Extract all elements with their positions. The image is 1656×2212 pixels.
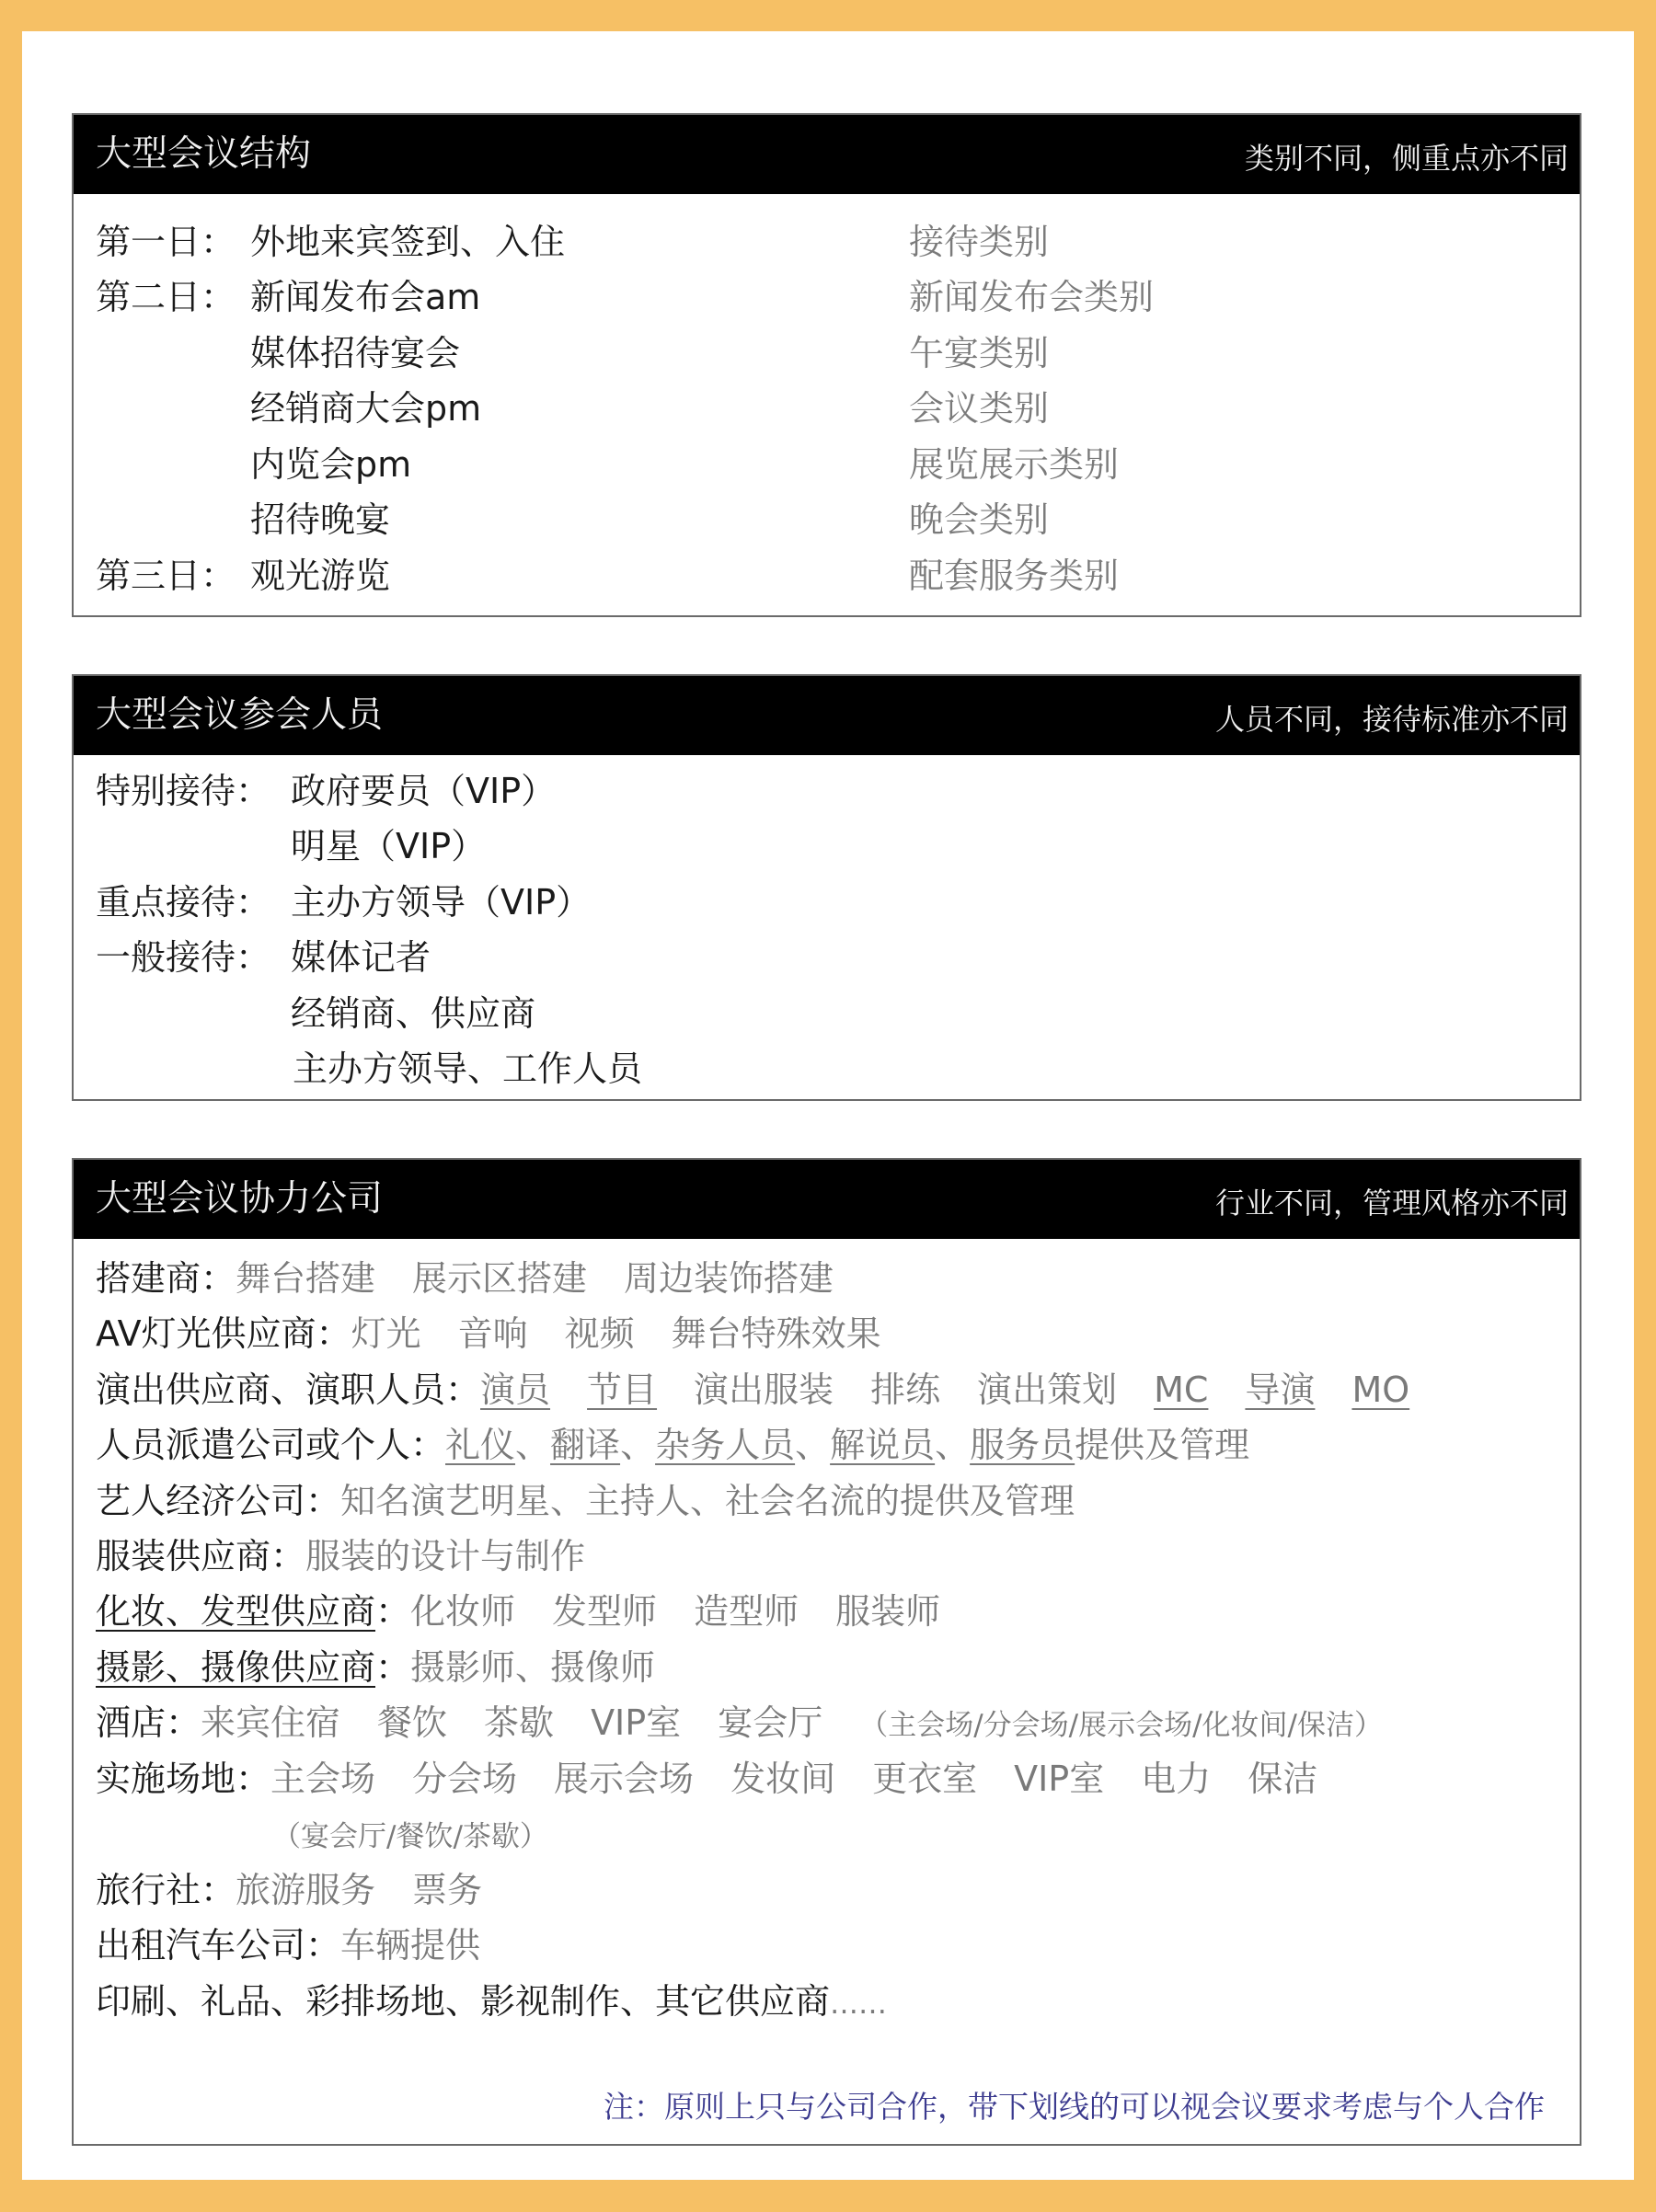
schedule-item: 外地来宾签到、入住 [250,214,565,269]
category-label: 会议类别 [909,381,1049,436]
section-title: 大型会议参会人员 [96,676,383,755]
partner-label-underlined: 化妆、发型供应商 [96,1591,375,1632]
service-item: 发妆间 [730,1759,835,1799]
service-item: 化妆师 [410,1591,515,1632]
partner-row-builder: 搭建商：舞台搭建展示区搭建周边装饰搭建 [96,1251,834,1306]
meeting-structure-section: 大型会议结构 类别不同，侧重点亦不同 第一日：外地来宾签到、入住 第二日：新闻发… [72,113,1581,617]
reception-level: 特别接待： [96,771,270,811]
section-subtitle: 类别不同，侧重点亦不同 [1245,119,1569,198]
service-suffix: 提供及管理 [1075,1425,1249,1465]
service-description: 知名演艺明星、主持人、社会名流的提供及管理 [340,1481,1075,1521]
service-item: 周边装饰搭建 [624,1258,834,1299]
category-label: 展览展示类别 [909,437,1119,492]
partner-row-staffing: 人员派遣公司或个人：礼仪、翻译、杂务人员、解说员、服务员提供及管理 [96,1417,1249,1473]
partner-row-talent: 艺人经济公司：知名演艺明星、主持人、社会名流的提供及管理 [96,1473,1075,1529]
service-description: 服装的设计与制作 [305,1536,585,1576]
section-title: 大型会议协力公司 [96,1160,383,1239]
schedule-item: 媒体招待宴会 [250,326,460,381]
service-item-underlined: 礼仪 [445,1425,515,1465]
service-item-underlined: 节目 [587,1370,657,1410]
partner-row-photo: 摄影、摄像供应商：摄影师、摄像师 [96,1640,655,1695]
partner-label: 印刷、礼品、彩排场地、影视制作、其它供应商 [96,1981,830,2022]
schedule-row: 第三日：观光游览 [96,548,236,603]
attendees-section: 大型会议参会人员 人员不同，接待标准亦不同 特别接待：政府要员（VIP） 明星（… [72,674,1581,1101]
category-label: 午宴类别 [909,326,1049,381]
partner-label: 演出供应商、演职人员： [96,1370,480,1410]
footnote: 注：原则上只与公司合作，带下划线的可以视会议要求考虑与个人合作 [604,2080,1545,2135]
day-label: 第三日： [96,556,236,596]
day-label: 第二日： [96,277,236,317]
service-item-underlined: 服务员 [970,1425,1075,1465]
separator: 、 [795,1425,830,1465]
service-item-underlined: MO [1351,1370,1409,1410]
service-item-underlined: 导演 [1245,1370,1315,1410]
section-title: 大型会议结构 [96,115,311,194]
partner-row-venue: 实施场地：主会场分会场展示会场发妆间更衣室VIP室电力保洁 [96,1751,1317,1806]
service-item: 更衣室 [872,1759,977,1799]
attendee-type: 明星（VIP） [291,819,486,874]
service-item: 来宾住宿 [201,1702,340,1743]
service-item-underlined: 演员 [480,1370,550,1410]
service-item-underlined: 杂务人员 [655,1425,795,1465]
section-header: 大型会议协力公司 行业不同，管理风格亦不同 [74,1160,1580,1239]
section-header: 大型会议结构 类别不同，侧重点亦不同 [74,115,1580,194]
service-description: 摄影师、摄像师 [410,1647,655,1688]
partner-label: 人员派遣公司或个人： [96,1425,445,1465]
service-item: 舞台特殊效果 [672,1313,881,1354]
partner-label: 艺人经济公司： [96,1481,340,1521]
separator: 、 [515,1425,550,1465]
colon: ： [375,1647,410,1688]
schedule-item: 内览会pm [250,437,411,492]
partner-row-costume: 服装供应商：服装的设计与制作 [96,1529,585,1584]
attendee-type: 主办方领导（VIP） [291,875,591,930]
schedule-item: 新闻发布会am [250,269,480,325]
service-item: 旅游服务 [236,1870,375,1910]
attendee-type: 政府要员（VIP） [291,763,556,819]
section-subtitle: 行业不同，管理风格亦不同 [1215,1163,1569,1243]
reception-level: 一般接待： [96,937,270,978]
service-item: 舞台搭建 [236,1258,375,1299]
partner-row-makeup: 化妆、发型供应商：化妆师发型师造型师服装师 [96,1584,940,1639]
schedule-row: 第一日：外地来宾签到、入住 [96,214,236,269]
service-item: 视频 [565,1313,635,1354]
partner-row-travel: 旅行社：旅游服务票务 [96,1862,482,1918]
service-item: 餐饮 [377,1702,447,1743]
service-item: 造型师 [694,1591,799,1632]
section-header: 大型会议参会人员 人员不同，接待标准亦不同 [74,676,1580,755]
venue-note-row: （宴会厅/餐饮/茶歇） [272,1806,548,1862]
attendee-type: 媒体记者 [291,930,431,985]
partner-label: 服装供应商： [96,1536,305,1576]
day-label: 第一日： [96,222,236,262]
partner-label: 酒店： [96,1702,201,1743]
service-item: 展示会场 [554,1759,694,1799]
partner-label: 旅行社： [96,1870,236,1910]
service-item: 灯光 [351,1313,421,1354]
service-item: 演出策划 [977,1370,1117,1410]
partner-row-av: AV灯光供应商：灯光音响视频舞台特殊效果 [96,1306,881,1361]
service-item: 展示区搭建 [412,1258,587,1299]
service-item-underlined: 解说员 [830,1425,935,1465]
service-item: 音响 [458,1313,528,1354]
attendee-row: 重点接待：主办方领导（VIP） [96,875,270,930]
service-item: 演出服装 [694,1370,834,1410]
category-label: 接待类别 [909,214,1049,269]
ellipsis: …… [830,1988,887,2021]
attendee-type: 经销商、供应商 [291,986,535,1041]
partner-label-underlined: 摄影、摄像供应商 [96,1647,375,1688]
schedule-item: 招待晚宴 [250,492,390,547]
service-note: （宴会厅/餐饮/茶歇） [272,1820,548,1853]
category-label: 晚会类别 [909,492,1049,547]
partner-row-others: 印刷、礼品、彩排场地、影视制作、其它供应商…… [96,1974,887,2029]
service-item: 电力 [1141,1759,1211,1799]
service-item: 分会场 [412,1759,517,1799]
service-item: 宴会厅 [718,1702,822,1743]
service-item: 保洁 [1248,1759,1317,1799]
service-description: 车辆提供 [340,1925,480,1966]
attendee-row: 一般接待：媒体记者 [96,930,270,985]
service-item: VIP室 [591,1702,681,1743]
section-subtitle: 人员不同，接待标准亦不同 [1215,680,1569,759]
schedule-row: 第二日：新闻发布会am [96,269,236,325]
colon: ： [375,1591,410,1632]
service-item: 服装师 [835,1591,940,1632]
partner-row-taxi: 出租汽车公司：车辆提供 [96,1918,480,1973]
service-item: VIP室 [1014,1759,1104,1799]
partner-label: 出租汽车公司： [96,1925,340,1966]
service-note: （主会场/分会场/展示会场/化妆间/保洁） [859,1709,1383,1742]
schedule-item: 经销商大会pm [250,381,481,436]
service-item-underlined: MC [1154,1370,1208,1410]
service-item: 票务 [412,1870,482,1910]
partners-section: 大型会议协力公司 行业不同，管理风格亦不同 搭建商：舞台搭建展示区搭建周边装饰搭… [72,1158,1581,2146]
category-label: 新闻发布会类别 [909,269,1154,325]
separator: 、 [620,1425,655,1465]
partner-row-hotel: 酒店：来宾住宿餐饮茶歇VIP室宴会厅（主会场/分会场/展示会场/化妆间/保洁） [96,1695,1383,1750]
category-label: 配套服务类别 [909,548,1119,603]
partner-label: 实施场地： [96,1759,270,1799]
partner-label: 搭建商： [96,1258,236,1299]
reception-level: 重点接待： [96,882,270,923]
partner-row-performance: 演出供应商、演职人员：演员节目演出服装排练演出策划MC导演MO [96,1362,1409,1417]
schedule-item: 观光游览 [250,548,390,603]
service-item: 茶歇 [484,1702,554,1743]
service-item: 排练 [870,1370,940,1410]
separator: 、 [935,1425,970,1465]
service-item: 发型师 [552,1591,657,1632]
attendee-type: 主办方领导、工作人员 [293,1041,642,1096]
attendee-row: 特别接待：政府要员（VIP） [96,763,270,819]
partner-label: AV灯光供应商： [96,1313,351,1354]
service-item: 主会场 [270,1759,375,1799]
service-item-underlined: 翻译 [550,1425,620,1465]
